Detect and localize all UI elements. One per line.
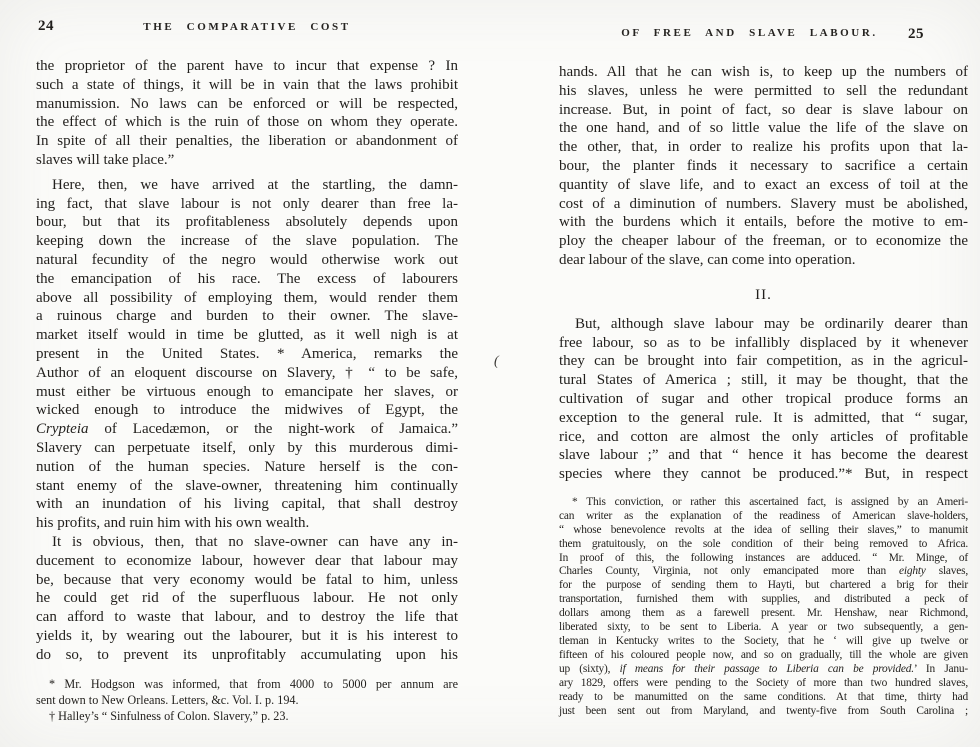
text-line: they can be brought into fair competitio…: [559, 352, 968, 371]
text-line: his profits, and ruin him with his own w…: [36, 514, 458, 533]
text-line: market itself would in time be glutted, …: [36, 326, 458, 345]
footnote: * This conviction, or rather this ascert…: [559, 496, 968, 719]
text-line: be, because that very economy would be f…: [36, 571, 458, 590]
text-line: tleman in Kentucky writes to the Society…: [559, 635, 968, 649]
text-line: exception to the general rule. It is adm…: [559, 409, 968, 428]
text-line: his slaves, unless he were permitted to …: [559, 82, 968, 101]
text-line: In proof of this, the following instance…: [559, 552, 968, 566]
running-head-left: THE COMPARATIVE COST: [36, 21, 458, 33]
text-line: * Mr. Hodgson was informed, that from 40…: [36, 676, 458, 692]
paragraph: But, although slave labour may be ordina…: [559, 315, 968, 484]
text-line: quantity of slave life, and to exact an …: [559, 176, 968, 195]
text-line: must either be virtuous enough to emanci…: [36, 383, 458, 402]
text-line: † Halley’s “ Sinfulness of Colon. Slaver…: [36, 708, 458, 724]
text-line: for the purpose of sending them to Hayti…: [559, 579, 968, 593]
text-line: ploy the cheaper labour of the freeman, …: [559, 232, 968, 251]
text-line: can writer as the explanation of the rea…: [559, 510, 968, 524]
text-line: sent down to New Orleans. Letters, &c. V…: [36, 692, 458, 708]
text-line: yields it, by wearing out the labourer, …: [36, 627, 458, 646]
text-line: he could get rid of the superfluous labo…: [36, 589, 458, 608]
text-line: the effect of which is the ruin of those…: [36, 113, 458, 132]
gutter-stray-mark: (: [494, 354, 499, 370]
text-line: with the burdens which it entails, befor…: [559, 213, 968, 232]
text-line: the one hand, and of so little value the…: [559, 119, 968, 138]
text-line: a ruinous charge and burden to their own…: [36, 307, 458, 326]
text-line: cultivation of sugar and other tropical …: [559, 390, 968, 409]
text-line: increase. But, in point of fact, so dear…: [559, 101, 968, 120]
text-line: such a state of things, it will be in va…: [36, 76, 458, 95]
text-line: slaves will take place.”: [36, 151, 458, 170]
text-line: can afford to waste that labour, and to …: [36, 608, 458, 627]
text-line: “ whose benevolence revolts at the idea …: [559, 524, 968, 538]
text-line: hands. All that he can wish is, to keep …: [559, 63, 968, 82]
footnote: † Halley’s “ Sinfulness of Colon. Slaver…: [36, 708, 458, 724]
text-line: ducement to economize labour, however de…: [36, 552, 458, 571]
running-head-right: OF FREE AND SLAVE LABOUR.: [545, 27, 954, 39]
left-page-header: 24 THE COMPARATIVE COST: [36, 18, 458, 36]
text-line: them gratuitously, on the sole condition…: [559, 538, 968, 552]
text-line: tural States of America ; still, it may …: [559, 371, 968, 390]
text-line: fifteen of his coloured people now, and …: [559, 649, 968, 663]
text-line: dear labour of the slave, can come into …: [559, 251, 968, 270]
paragraph: the proprietor of the parent have to inc…: [36, 57, 458, 170]
text-line: Author of an eloquent discourse on Slave…: [36, 364, 458, 383]
text-line: with an inundation of his living capital…: [36, 495, 458, 514]
text-line: wicked enough to introduce the midwives …: [36, 401, 458, 420]
text-line: above all possibility of employing them,…: [36, 289, 458, 308]
text-line: nution of the human species. Nature hers…: [36, 458, 458, 477]
text-line: stant enemy of the slave-owner, threaten…: [36, 477, 458, 496]
text-line: In spite of all their penalties, the lib…: [36, 132, 458, 151]
text-line: Slavery can perpetuate itself, only by t…: [36, 439, 458, 458]
text-line: free labour, so as to be infallibly disp…: [559, 334, 968, 353]
left-page: 24 THE COMPARATIVE COST the proprietor o…: [36, 18, 458, 724]
text-line: transportation, furnished them with supp…: [559, 593, 968, 607]
text-line: bour, the planter finds it necessary to …: [559, 157, 968, 176]
text-line: slave labour ;” and that “ hence it has …: [559, 446, 968, 465]
right-page: OF FREE AND SLAVE LABOUR. 25 hands. All …: [559, 24, 968, 718]
text-line: ary 1829, offers were pending to the Soc…: [559, 677, 968, 691]
paragraph: Here, then, we have arrived at the start…: [36, 176, 458, 533]
text-line: the emancipation of his race. The excess…: [36, 270, 458, 289]
footnotes-right: * This conviction, or rather this ascert…: [559, 496, 968, 719]
text-line: bour, but that its profitableness absolu…: [36, 213, 458, 232]
text-line: rice, and cotton are almost the only art…: [559, 428, 968, 447]
text-line: the other, that, in order to realize his…: [559, 138, 968, 157]
text-line: present in the United States. * America,…: [36, 345, 458, 364]
text-line: Crypteia of Lacedæmon, or the night-work…: [36, 420, 458, 439]
text-line: manumission. No laws can be enforced or …: [36, 95, 458, 114]
footnotes-left: * Mr. Hodgson was informed, that from 40…: [36, 676, 458, 724]
section-heading: II.: [559, 286, 968, 305]
right-page-header: OF FREE AND SLAVE LABOUR. 25: [559, 24, 968, 42]
text-line: do so, to prevent its unprofitably accum…: [36, 646, 458, 665]
paragraph: It is obvious, then, that no slave-owner…: [36, 533, 458, 665]
right-page-body: hands. All that he can wish is, to keep …: [559, 63, 968, 718]
text-line: It is obvious, then, that no slave-owner…: [36, 533, 458, 552]
footnote: * Mr. Hodgson was informed, that from 40…: [36, 676, 458, 708]
text-line: the proprietor of the parent have to inc…: [36, 57, 458, 76]
text-line: But, although slave labour may be ordina…: [559, 315, 968, 334]
paragraph: hands. All that he can wish is, to keep …: [559, 63, 968, 270]
text-line: liberated sixty, to be sent to Liberia. …: [559, 621, 968, 635]
text-line: Charles County, Virginia, not only emanc…: [559, 565, 968, 579]
text-line: Here, then, we have arrived at the start…: [36, 176, 458, 195]
text-line: natural fecundity of the negro would oth…: [36, 251, 458, 270]
text-line: just been sent out from Maryland, and tw…: [559, 705, 968, 719]
left-page-body: the proprietor of the parent have to inc…: [36, 57, 458, 724]
text-line: keeping down the increase of the slave p…: [36, 232, 458, 251]
text-line: * This conviction, or rather this ascert…: [559, 496, 968, 510]
page-number-right: 25: [908, 26, 924, 43]
book-scan-spread: { "colors": { "paper": "#fbfbf9", "ink":…: [0, 0, 980, 747]
text-line: dollars among them as a farewell present…: [559, 607, 968, 621]
text-line: up (sixty), if means for their passage t…: [559, 663, 968, 677]
text-line: species where they cannot be produced.”*…: [559, 465, 968, 484]
text-line: ready to be manumitted on the same condi…: [559, 691, 968, 705]
text-line: cost of a diminution of numbers. Slavery…: [559, 195, 968, 214]
text-line: ing fact, that slave labour is not only …: [36, 195, 458, 214]
